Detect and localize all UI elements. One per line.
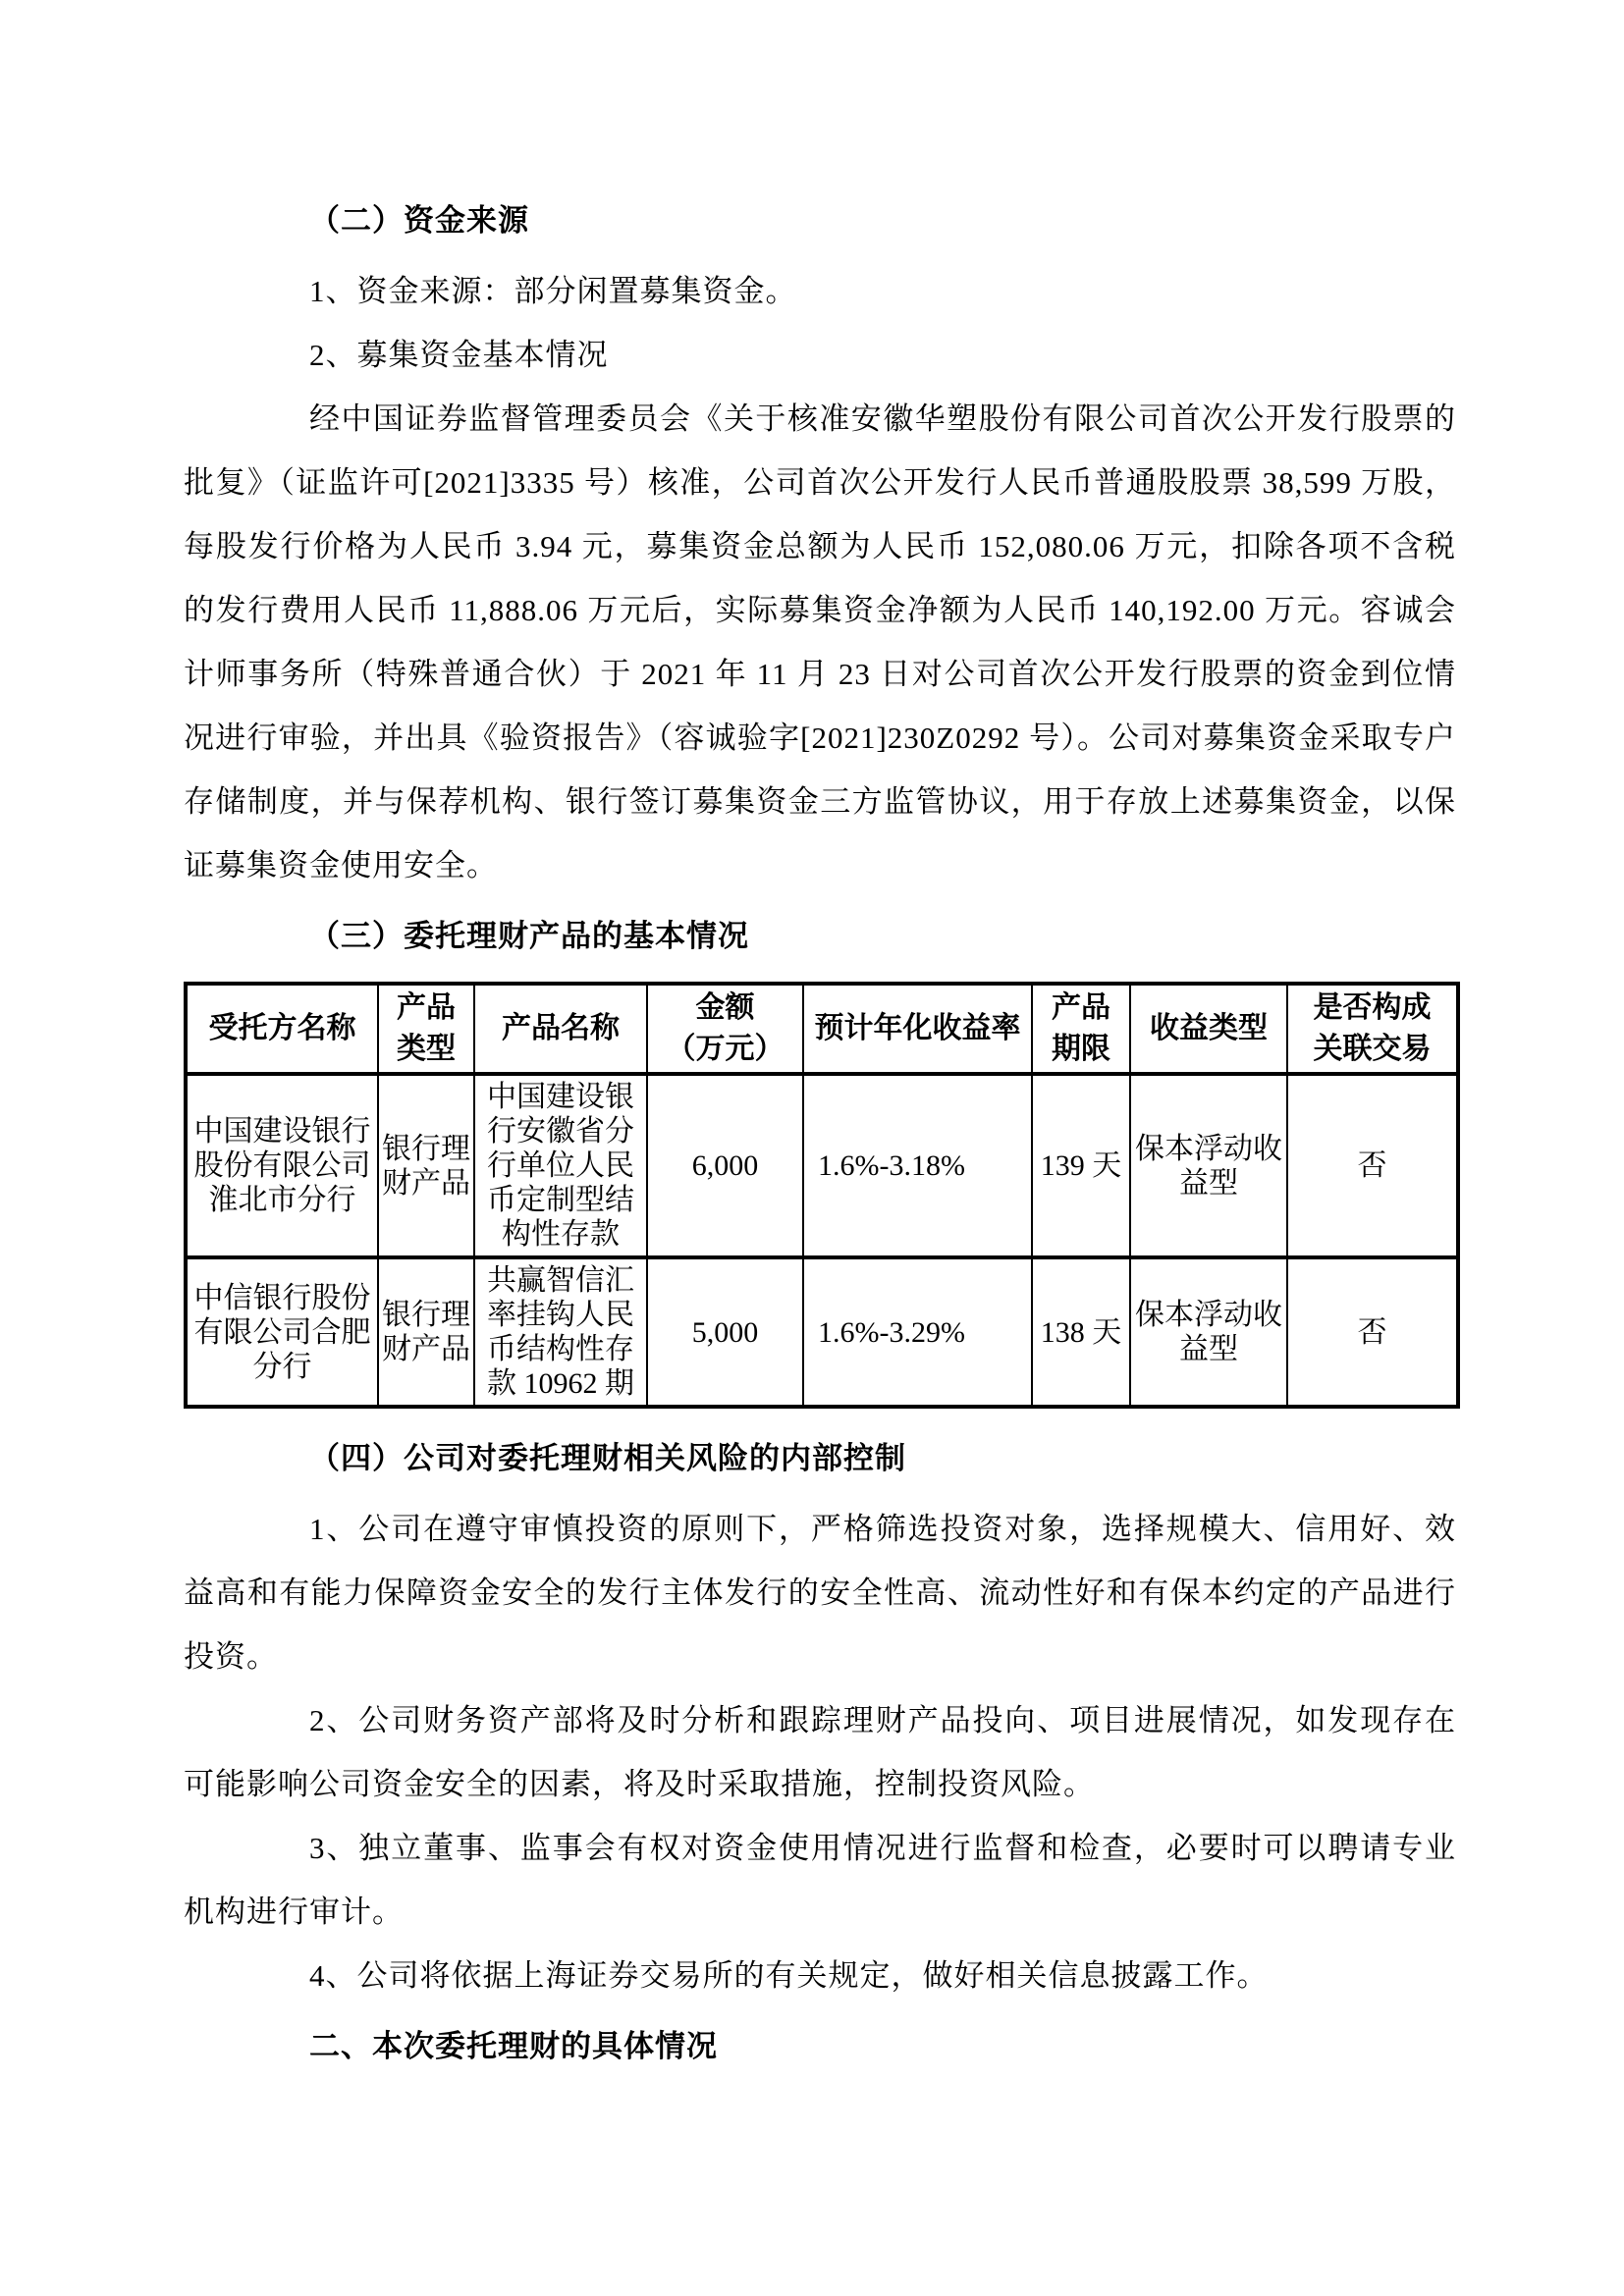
document-page: （二）资金来源 1、资金来源：部分闲置募集资金。 2、募集资金基本情况 经中国证…	[0, 0, 1624, 2296]
col-header-expected-yield: 预计年化收益率	[803, 984, 1032, 1074]
cell-related-transaction: 否	[1287, 1257, 1458, 1407]
cell-term: 138 天	[1032, 1257, 1130, 1407]
cell-product-type: 银行理财产品	[378, 1074, 474, 1257]
cell-return-type: 保本浮动收益型	[1130, 1074, 1287, 1257]
cell-amount: 5,000	[647, 1257, 803, 1407]
col-header-term: 产品 期限	[1032, 984, 1130, 1074]
wealth-products-table: 受托方名称 产品 类型 产品名称 金额 （万元） 预计年化收益率 产品 期限 收…	[184, 982, 1460, 1409]
cell-product-name: 中国建设银行安徽省分行单位人民币定制型结构性存款	[474, 1074, 647, 1257]
table-header-row: 受托方名称 产品 类型 产品名称 金额 （万元） 预计年化收益率 产品 期限 收…	[186, 984, 1458, 1074]
cell-expected-yield: 1.6%-3.18%	[803, 1074, 1032, 1257]
cell-expected-yield: 1.6%-3.29%	[803, 1257, 1032, 1407]
section-heading-current-details: 二、本次委托理财的具体情况	[184, 2014, 1456, 2078]
cell-term: 139 天	[1032, 1074, 1130, 1257]
section-heading-funding-source: （二）资金来源	[184, 188, 1456, 252]
cell-amount: 6,000	[647, 1074, 803, 1257]
risk-item-tracking: 2、公司财务资产部将及时分析和跟踪理财产品投向、项目进展情况，如发现存在可能影响…	[184, 1688, 1456, 1816]
section-heading-products-overview: （三）委托理财产品的基本情况	[184, 904, 1456, 968]
cell-related-transaction: 否	[1287, 1074, 1458, 1257]
risk-item-supervision: 3、独立董事、监事会有权对资金使用情况进行监督和检查，必要时可以聘请专业机构进行…	[184, 1816, 1456, 1944]
cell-product-name: 共赢智信汇率挂钩人民币结构性存款 10962 期	[474, 1257, 647, 1407]
cell-return-type: 保本浮动收益型	[1130, 1257, 1287, 1407]
col-header-amount: 金额 （万元）	[647, 984, 803, 1074]
table-row: 中国建设银行股份有限公司淮北市分行 银行理财产品 中国建设银行安徽省分行单位人民…	[186, 1074, 1458, 1257]
table-row: 中信银行股份有限公司合肥分行 银行理财产品 共赢智信汇率挂钩人民币结构性存款 1…	[186, 1257, 1458, 1407]
cell-trustee: 中信银行股份有限公司合肥分行	[186, 1257, 378, 1407]
cell-product-type: 银行理财产品	[378, 1257, 474, 1407]
col-header-related-transaction: 是否构成 关联交易	[1287, 984, 1458, 1074]
section-heading-risk-control: （四）公司对委托理财相关风险的内部控制	[184, 1426, 1456, 1490]
cell-trustee: 中国建设银行股份有限公司淮北市分行	[186, 1074, 378, 1257]
col-header-trustee: 受托方名称	[186, 984, 378, 1074]
funding-item-source: 1、资金来源：部分闲置募集资金。	[184, 259, 1456, 323]
funding-item-basic-info: 2、募集资金基本情况	[184, 323, 1456, 387]
funding-paragraph-ipo-details: 经中国证券监督管理委员会《关于核准安徽华塑股份有限公司首次公开发行股票的批复》（…	[184, 387, 1456, 897]
risk-item-disclosure: 4、公司将依据上海证券交易所的有关规定，做好相关信息披露工作。	[184, 1944, 1456, 2007]
col-header-product-name: 产品名称	[474, 984, 647, 1074]
col-header-product-type: 产品 类型	[378, 984, 474, 1074]
col-header-return-type: 收益类型	[1130, 984, 1287, 1074]
risk-item-screening: 1、公司在遵守审慎投资的原则下，严格筛选投资对象，选择规模大、信用好、效益高和有…	[184, 1497, 1456, 1688]
